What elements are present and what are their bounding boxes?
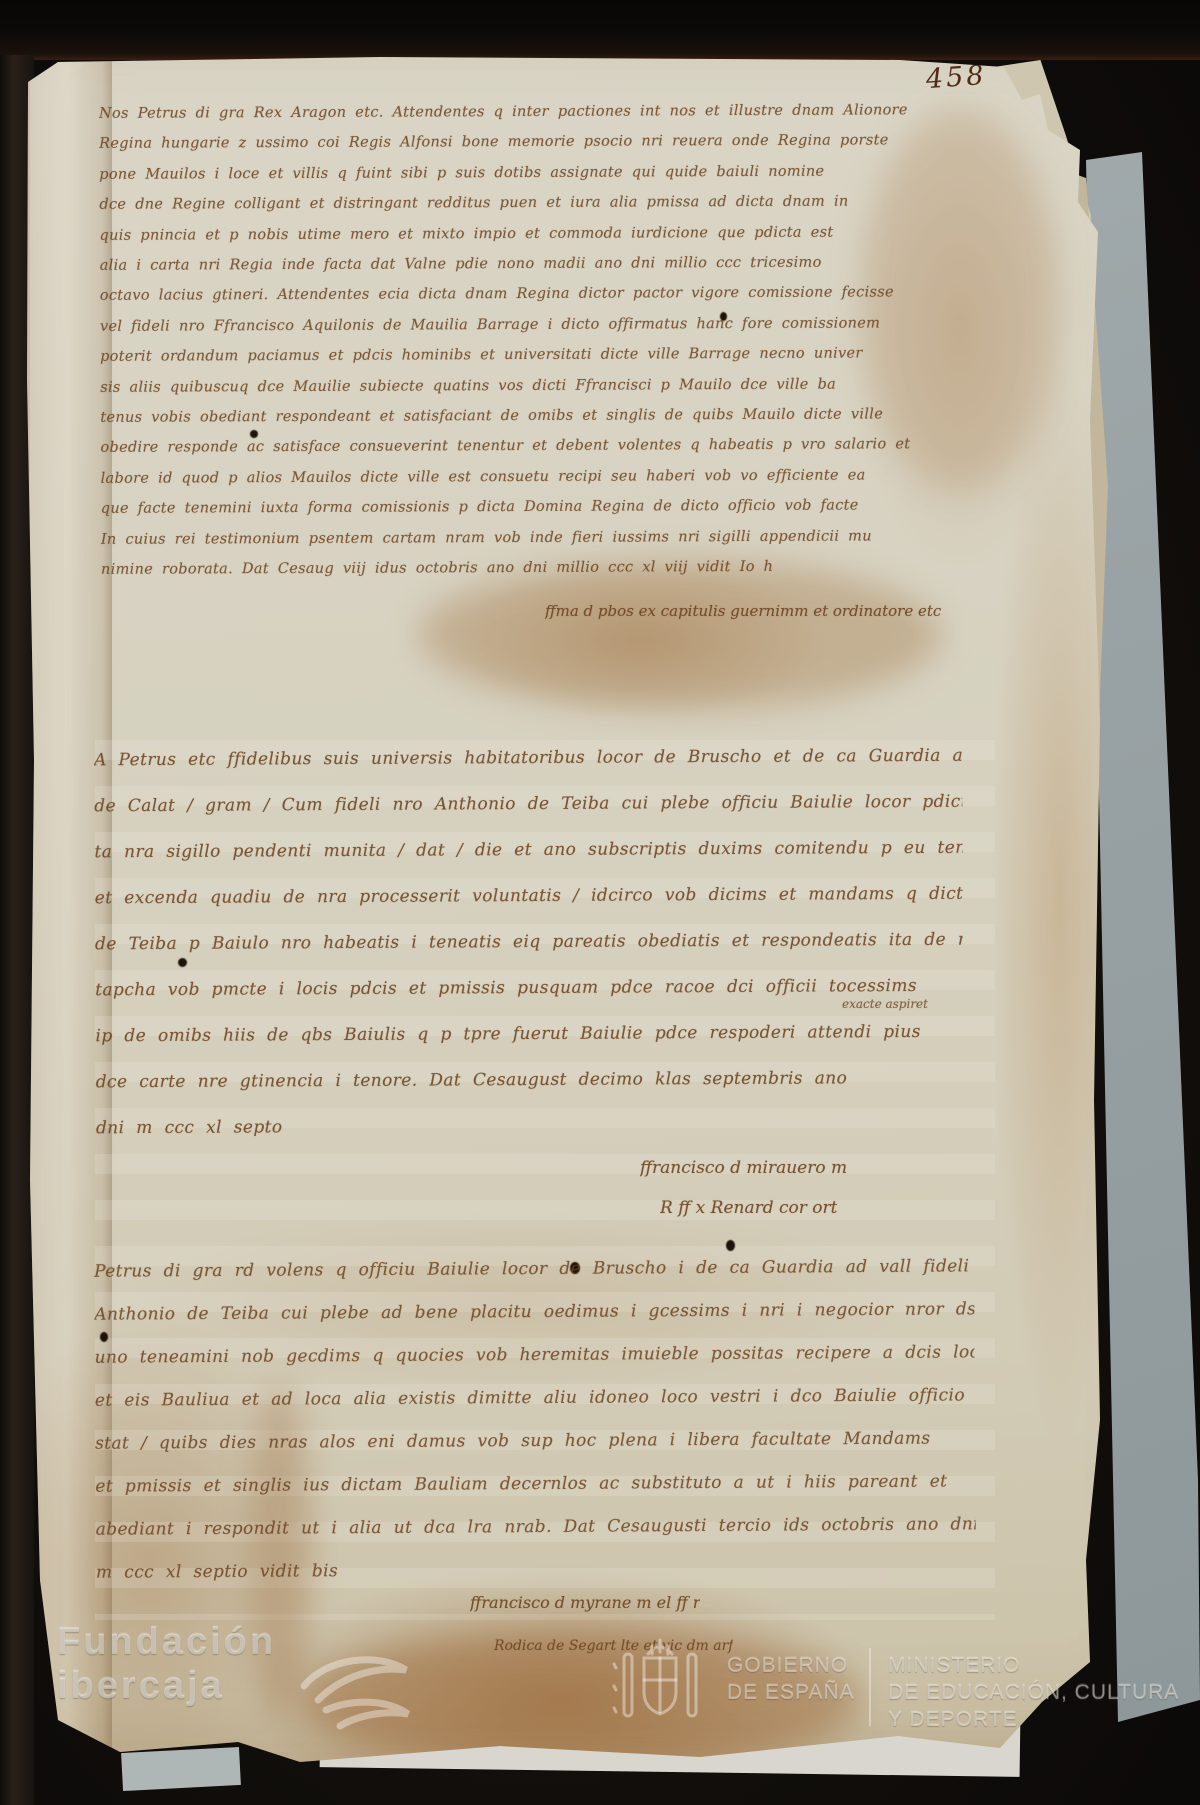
manuscript-line: obedire responde ac satisface consueveri… [100,430,925,464]
folio-number: 458 [925,60,988,95]
manuscript-line: de Teiba p Baiulo nro habeatis i teneati… [95,917,963,968]
manuscript-line: Regina hungarie z ussimo coi Regis Alfon… [99,126,924,160]
manuscript-line: labore id quod p alios Mauilos dicte vil… [101,460,926,494]
manuscript-line: octavo lacius gtineri. Attendentes ecia … [100,278,925,312]
manuscript-line: de Calat / gram / Cum fideli nro Anthoni… [94,779,962,830]
latin-text-block-2: A Petrus etc ffidelibus suis universis h… [94,733,964,1152]
gobierno-watermark-line: DE ESPAÑA [727,1679,855,1706]
manuscript-line: abediant i respondit ut i alia ut dca lr… [96,1503,976,1551]
manuscript-line: alia i carta nri Regia inde facta dat Va… [100,247,925,281]
manuscript-line: nimine roborata. Dat Cesaug viij idus oc… [101,551,926,585]
manuscript-line: Petrus di gra rd volens q officiu Baiuli… [94,1245,974,1293]
manuscript-line: ip de omibs hiis de qbs Baiulis q p tpre… [95,1009,963,1060]
manuscript-line: poterit ordandum paciamus et pdcis homin… [100,338,925,372]
manuscript-line: m ccc xl septio vidit bis [96,1546,976,1594]
ministerio-watermark: MINISTERIO DE EDUCACIÓN, CULTURA Y DEPOR… [888,1652,1179,1733]
manuscript-line: dce dne Regine colligant et distringant … [99,186,924,220]
marginal-note: exacte aspiret [842,997,928,1011]
book-binding-top [0,0,1200,60]
manuscript-line: quis pnincia et p nobis utime mero et mi… [99,217,924,251]
manuscript-line: dce carte nre gtinencia i tenore. Dat Ce… [96,1055,964,1106]
manuscript-line: stat / quibs dies nras alos eni damus vo… [95,1417,975,1465]
manuscript-line: et excenda quadiu de nra processerit vol… [95,871,963,922]
watermark-divider [869,1648,871,1726]
ministerio-watermark-line: MINISTERIO [888,1652,1179,1679]
fundacion-watermark-line: Fundación [57,1620,276,1664]
manuscript-line: que facte tenemini iuxta forma comission… [101,490,926,524]
manuscript-line: Nos Petrus di gra Rex Aragon etc. Attend… [99,95,924,129]
manuscript-line: uno teneamini nob gecdims q quocies vob … [94,1331,974,1379]
signature-line: ffrancisco d mirauero m [640,1158,847,1178]
ministerio-watermark-line: DE EDUCACIÓN, CULTURA [888,1679,1179,1706]
ibercaja-swirl-icon [296,1648,416,1734]
ministerio-watermark-line: Y DEPORTE [888,1706,1179,1733]
manuscript-line: Anthonio de Teiba cui plebe ad bene plac… [94,1288,974,1336]
manuscript-line: et pmissis et singlis ius dictam Bauliam… [95,1460,975,1508]
fundacion-ibercaja-watermark: Fundación ibercaja [57,1620,276,1708]
manuscript-line: vel fideli nro Ffrancisco Aquilonis de M… [100,308,925,342]
manuscript-line: dni m ccc xl septo [96,1101,964,1152]
latin-text-block-1: Nos Petrus di gra Rex Aragon etc. Attend… [99,95,926,585]
closing-note-1: ffma d pbos ex capitulis guernimm et ord… [545,602,941,620]
closing-signature-line: ffrancisco d myrane m el ff r [470,1593,700,1612]
manuscript-page: 458 Nos Petrus di gra Rex Aragon etc. At… [0,0,1200,1805]
latin-text-block-3: Petrus di gra rd volens q officiu Baiuli… [94,1245,976,1594]
manuscript-line: sis aliis quibuscuq dce Mauilie subiecte… [100,369,925,403]
ibercaja-watermark-line: ibercaja [57,1664,276,1708]
signature-line: R ff x Renard cor ort [660,1198,837,1218]
manuscript-photo: 458 Nos Petrus di gra Rex Aragon etc. At… [0,0,1200,1805]
gobierno-watermark-line: GOBIERNO [727,1652,855,1679]
spain-coat-of-arms-icon [610,1624,710,1732]
manuscript-line: pone Mauilos i loce et villis q fuint si… [99,156,924,190]
manuscript-line: et eis Bauliua et ad loca alia existis d… [95,1374,975,1422]
manuscript-line: ta nra sigillo pendenti munita / dat / d… [94,825,962,876]
gobierno-de-espana-watermark: GOBIERNO DE ESPAÑA [727,1652,855,1706]
manuscript-line: tenus vobis obediant respondeant et sati… [100,399,925,433]
gray-mat-board-bottom-left [121,1747,241,1791]
manuscript-line: In cuius rei testimonium psentem cartam … [101,521,926,555]
manuscript-line: A Petrus etc ffidelibus suis universis h… [94,733,962,784]
manuscript-line: tapcha vob pmcte i locis pdcis et pmissi… [95,963,963,1014]
